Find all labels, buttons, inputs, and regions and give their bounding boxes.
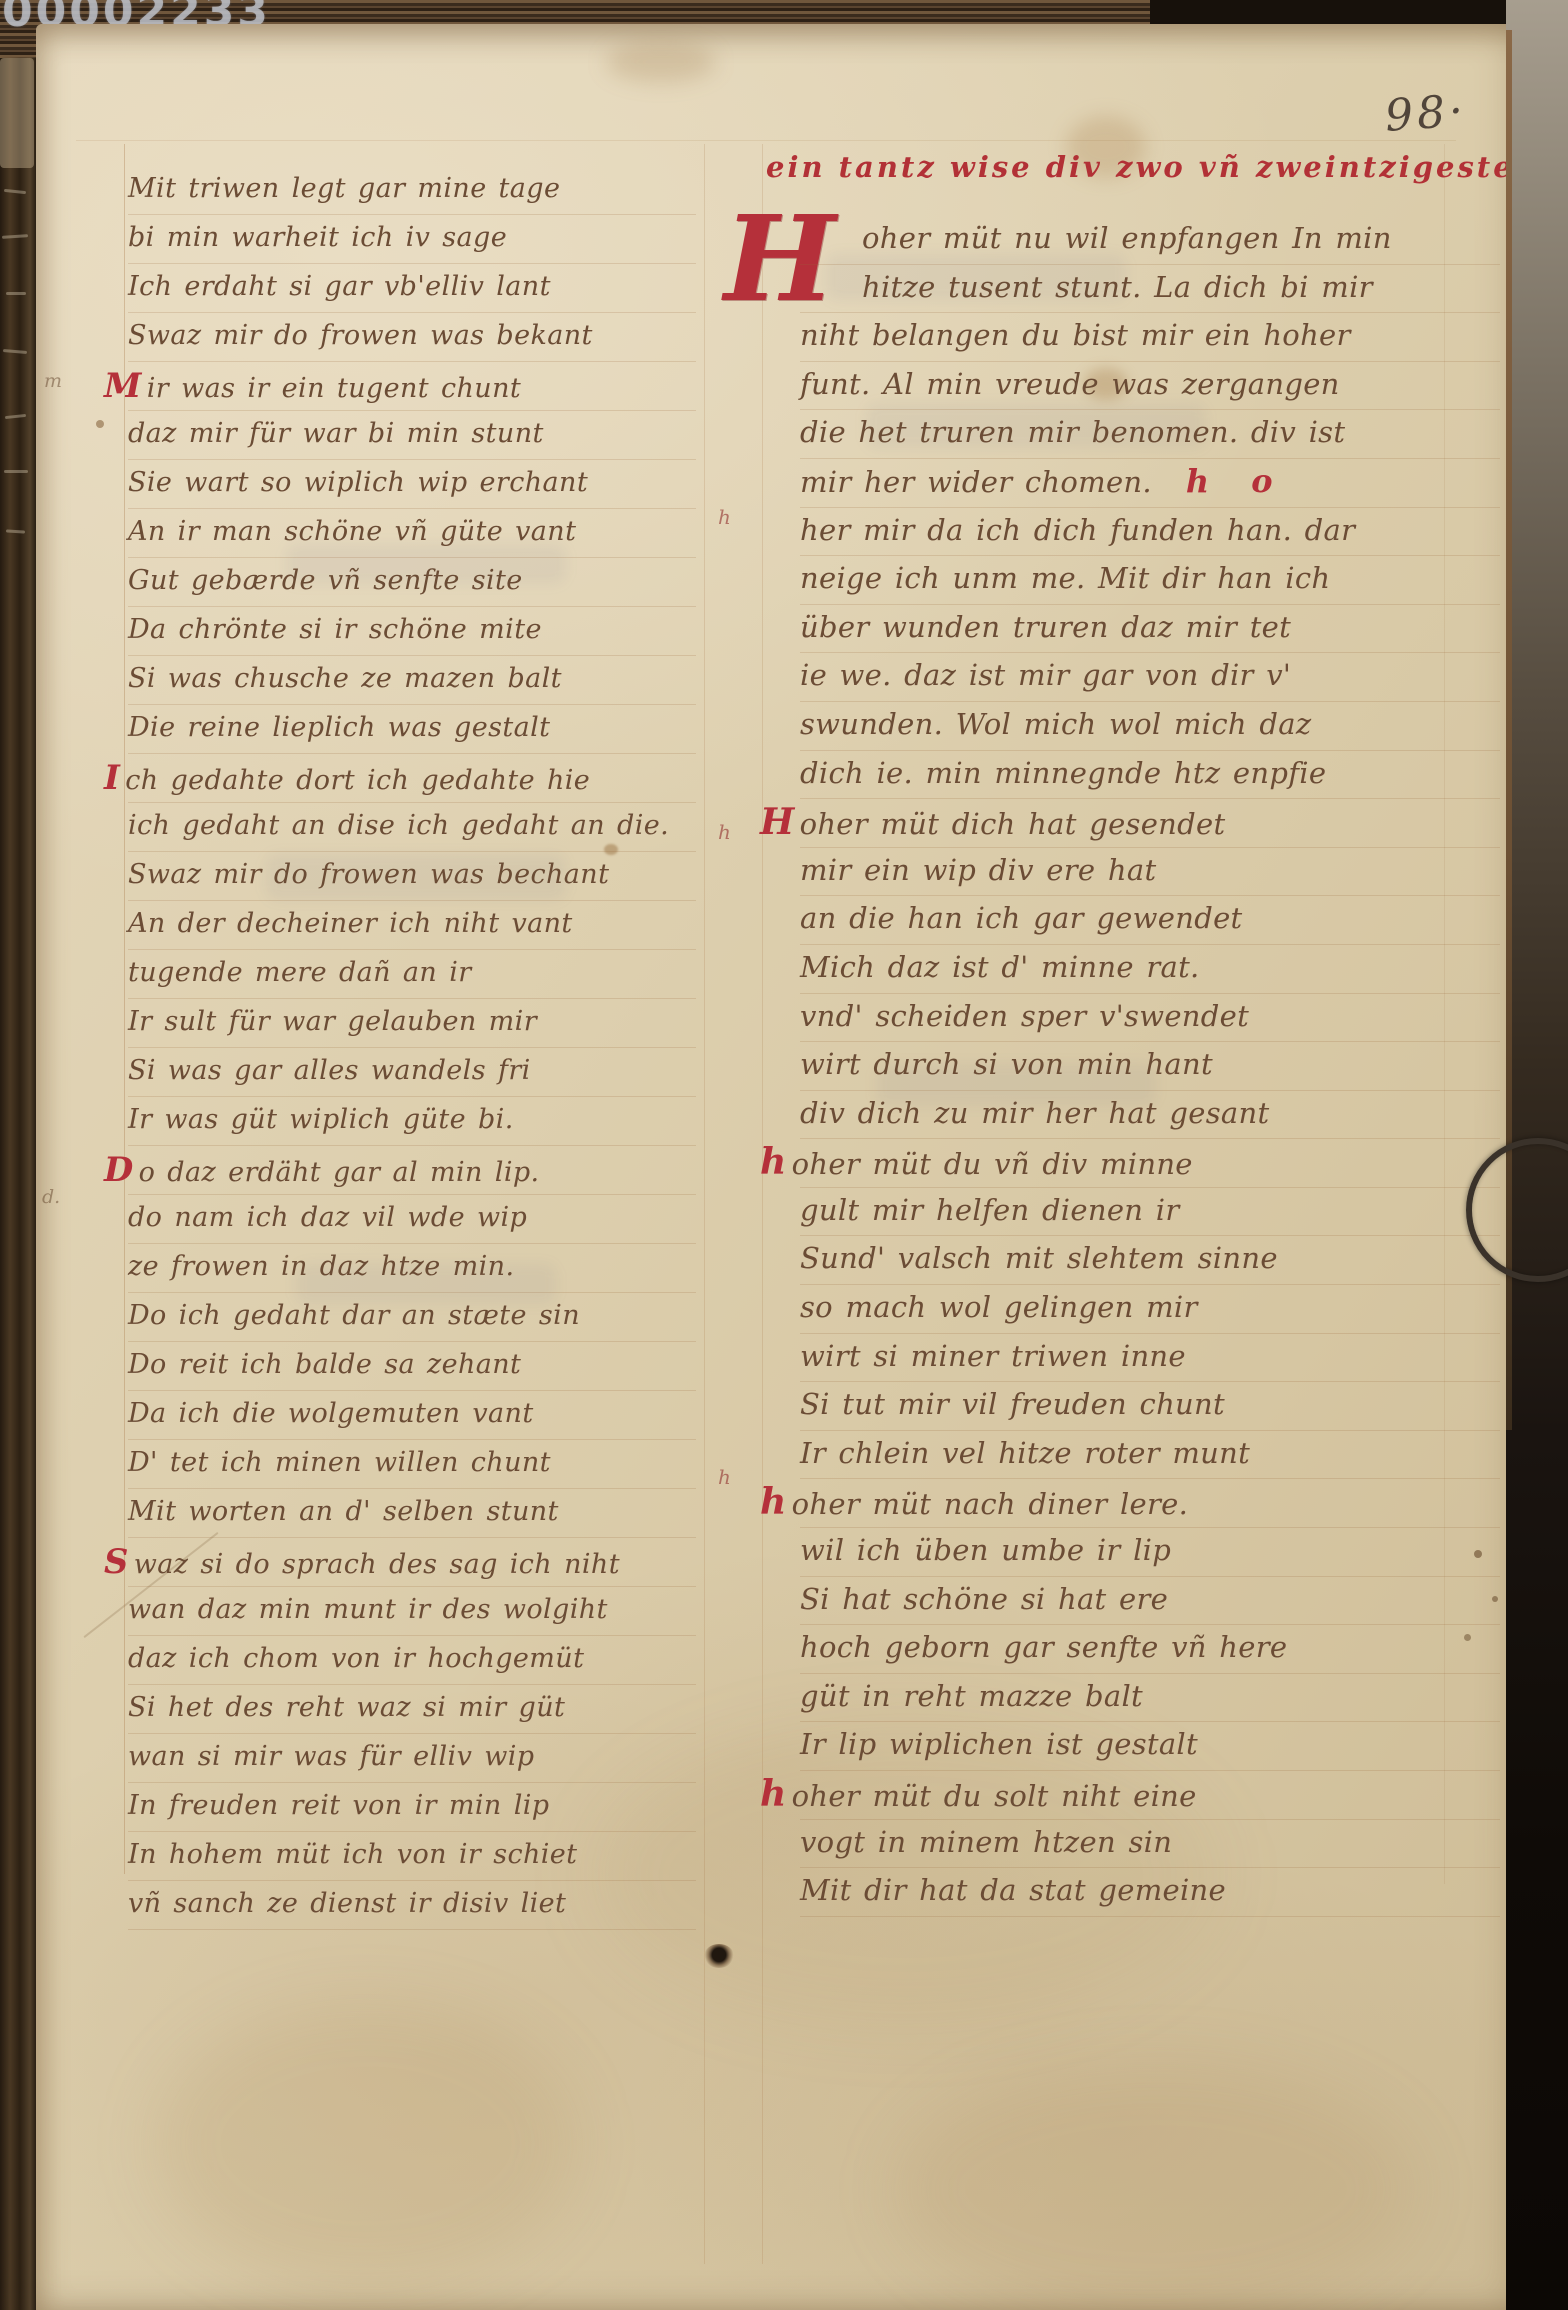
- manuscript-line: Ir lip wiplichen ist gestalt: [800, 1722, 1500, 1771]
- line-text: die het truren mir benomen. div ist: [800, 415, 1345, 449]
- line-text: do nam ich daz vil wde wip: [128, 1202, 527, 1233]
- manuscript-line: Si hat schöne si hat ere: [800, 1577, 1500, 1626]
- line-text: oher müt du solt niht eine: [792, 1779, 1197, 1813]
- manuscript-line: über wunden truren daz mir tet: [800, 605, 1500, 654]
- underpage-edge: [0, 58, 34, 168]
- rubric-initial: I: [104, 757, 120, 797]
- line-text: wan si mir was für elliv wip: [128, 1741, 534, 1772]
- manuscript-line: dich ie. min minnegnde htz enpfie: [800, 751, 1500, 800]
- line-text: vogt in minem htzen sin: [800, 1825, 1172, 1859]
- rubric-initial: H: [760, 800, 795, 843]
- manuscript-line: an die han ich gar gewendet: [800, 896, 1500, 945]
- line-text: Do reit ich balde sa zehant: [128, 1349, 521, 1380]
- line-text: ir was ir ein tugent chunt: [147, 373, 521, 404]
- manuscript-line: wirt durch si von min hant: [800, 1042, 1500, 1091]
- line-text: Ich erdaht si gar vb'elliv lant: [128, 271, 551, 302]
- manuscript-line: tugende mere dañ an ir: [128, 950, 696, 999]
- manuscript-line: Mir was ir ein tugent chunt: [128, 362, 696, 411]
- manuscript-line: swunden. Wol mich wol mich daz: [800, 702, 1500, 751]
- line-text: Si tut mir vil freuden chunt: [800, 1387, 1225, 1421]
- line-text: Mit triwen legt gar mine tage: [128, 173, 560, 204]
- manuscript-line: oher müt nu wil enpfangen In min: [800, 216, 1500, 265]
- line-text: her mir da ich dich funden han. dar: [800, 513, 1355, 547]
- line-text: Sund' valsch mit slehtem sinne: [800, 1241, 1278, 1275]
- manuscript-line: Ir chlein vel hitze roter munt: [800, 1431, 1500, 1480]
- line-text: oher müt nu wil enpfangen In min: [862, 221, 1392, 255]
- manuscript-line: wil ich üben umbe ir lip: [800, 1528, 1500, 1577]
- line-text: daz ich chom von ir hochgemüt: [128, 1643, 584, 1674]
- manuscript-line: Do ich gedaht dar an stæte sin: [128, 1293, 696, 1342]
- manuscript-line: wan daz min munt ir des wolgiht: [128, 1587, 696, 1636]
- line-text: vnd' scheiden sper v'swendet: [800, 999, 1249, 1033]
- line-text: waz si do sprach des sag ich niht: [134, 1549, 620, 1580]
- rubric-initial: D: [104, 1149, 134, 1189]
- manuscript-line: Ir sult für war gelauben mir: [128, 999, 696, 1048]
- manuscript-line: Swaz mir do frowen was bechant: [128, 852, 696, 901]
- manuscript-line: bi min warheit ich iv sage: [128, 215, 696, 264]
- line-text: wirt si miner triwen inne: [800, 1339, 1186, 1373]
- manuscript-line: güt in reht mazze balt: [800, 1674, 1500, 1723]
- line-text: hoch geborn gar senfte vñ here: [800, 1630, 1287, 1664]
- line-text: o daz erdäht gar al min lip.: [139, 1157, 540, 1188]
- manuscript-photo: 00002233: [0, 0, 1568, 2310]
- manuscript-line: Die reine lieplich was gestalt: [128, 705, 696, 754]
- manuscript-line: Sund' valsch mit slehtem sinne: [800, 1236, 1500, 1285]
- line-text: Mit worten an d' selben stunt: [128, 1496, 559, 1527]
- manuscript-line: ie we. daz ist mir gar von dir v': [800, 653, 1500, 702]
- manuscript-line: An der decheiner ich niht vant: [128, 901, 696, 950]
- line-text: Si was chusche ze mazen balt: [128, 663, 562, 694]
- line-text: an die han ich gar gewendet: [800, 901, 1242, 935]
- line-text: Ir sult für war gelauben mir: [128, 1006, 537, 1037]
- rubric-initial: h: [760, 1140, 787, 1183]
- manuscript-line: Mit worten an d' selben stunt: [128, 1489, 696, 1538]
- manuscript-line: Ich erdaht si gar vb'elliv lant: [128, 264, 696, 313]
- manuscript-line: gult mir helfen dienen ir: [800, 1188, 1500, 1237]
- manuscript-line: niht belangen du bist mir ein hoher: [800, 313, 1500, 362]
- manuscript-line: hoher müt nach diner lere.: [800, 1479, 1500, 1528]
- line-text: div dich zu mir her hat gesant: [800, 1096, 1269, 1130]
- manuscript-line: Do reit ich balde sa zehant: [128, 1342, 696, 1391]
- line-text: wil ich üben umbe ir lip: [800, 1533, 1171, 1567]
- manuscript-line: Gut gebærde vñ senfte site: [128, 558, 696, 607]
- line-text: daz mir für war bi min stunt: [128, 418, 544, 449]
- line-text: so mach wol gelingen mir: [800, 1290, 1198, 1324]
- parchment-hole: [704, 1944, 734, 1968]
- line-text: Ir lip wiplichen ist gestalt: [800, 1727, 1198, 1761]
- line-text: niht belangen du bist mir ein hoher: [800, 318, 1351, 352]
- manuscript-line: In freuden reit von ir min lip: [128, 1783, 696, 1832]
- rubric-initial: M: [104, 365, 142, 405]
- manuscript-line: Mit dir hat da stat gemeine: [800, 1868, 1500, 1917]
- line-text: güt in reht mazze balt: [800, 1679, 1143, 1713]
- manuscript-line: daz ich chom von ir hochgemüt: [128, 1636, 696, 1685]
- line-text: oher müt dich hat gesendet: [800, 807, 1226, 841]
- line-text: mir ein wip div ere hat: [800, 853, 1156, 887]
- line-text: Swaz mir do frowen was bechant: [128, 859, 609, 890]
- manuscript-line: hitze tusent stunt. La dich bi mir: [800, 265, 1500, 314]
- rubric-guide-letters: h o: [1186, 462, 1287, 500]
- manuscript-line: Da chrönte si ir schöne mite: [128, 607, 696, 656]
- line-text: In freuden reit von ir min lip: [128, 1790, 549, 1821]
- manuscript-line: hoher müt du solt niht eine: [800, 1771, 1500, 1820]
- manuscript-line: vnd' scheiden sper v'swendet: [800, 994, 1500, 1043]
- line-text: tugende mere dañ an ir: [128, 957, 472, 988]
- line-text: In hohem müt ich von ir schiet: [128, 1839, 577, 1870]
- manuscript-line: An ir man schöne vñ güte vant: [128, 509, 696, 558]
- line-text: Si het des reht waz si mir güt: [128, 1692, 565, 1723]
- manuscript-line: D' tet ich minen willen chunt: [128, 1440, 696, 1489]
- line-text: Ir was güt wiplich güte bi.: [128, 1104, 514, 1135]
- text-column-right: oher müt nu wil enpfangen In minhitze tu…: [800, 216, 1500, 1917]
- manuscript-line: Ich gedahte dort ich gedahte hie: [128, 754, 696, 803]
- line-text: ie we. daz ist mir gar von dir v': [800, 658, 1291, 692]
- line-text: Si hat schöne si hat ere: [800, 1582, 1168, 1616]
- manuscript-line: In hohem müt ich von ir schiet: [128, 1832, 696, 1881]
- folio-number: 98·: [1383, 85, 1468, 142]
- manuscript-line: Mit triwen legt gar mine tage: [128, 166, 696, 215]
- manuscript-line: Ir was güt wiplich güte bi.: [128, 1097, 696, 1146]
- line-text: Mich daz ist d' minne rat.: [800, 950, 1200, 984]
- manuscript-line: vogt in minem htzen sin: [800, 1820, 1500, 1869]
- line-text: über wunden truren daz mir tet: [800, 610, 1291, 644]
- line-text: dich ie. min minnegnde htz enpfie: [800, 756, 1326, 790]
- book-spine-edge: [0, 0, 38, 2310]
- manuscript-line: hoch geborn gar senfte vñ here: [800, 1625, 1500, 1674]
- manuscript-line: Mich daz ist d' minne rat.: [800, 945, 1500, 994]
- manuscript-line: mir her wider chomen.h o: [800, 459, 1500, 508]
- manuscript-line: her mir da ich dich funden han. dar: [800, 508, 1500, 557]
- line-text: ze frowen in daz htze min.: [128, 1251, 514, 1282]
- line-text: gult mir helfen dienen ir: [800, 1193, 1180, 1227]
- line-text: Si was gar alles wandels fri: [128, 1055, 531, 1086]
- manuscript-line: vñ sanch ze dienst ir disiv liet: [128, 1881, 696, 1930]
- rubric-initial: S: [104, 1541, 129, 1581]
- line-text: Do ich gedaht dar an stæte sin: [128, 1300, 580, 1331]
- manuscript-line: div dich zu mir her hat gesant: [800, 1091, 1500, 1140]
- line-text: bi min warheit ich iv sage: [128, 222, 507, 253]
- line-text: Mit dir hat da stat gemeine: [800, 1873, 1226, 1907]
- gutter-guide-letter: h: [718, 820, 731, 844]
- gutter-guide-letter: h: [718, 505, 731, 529]
- line-text: Swaz mir do frowen was bekant: [128, 320, 593, 351]
- line-text: mir her wider chomen.: [800, 465, 1152, 499]
- manuscript-line: Da ich die wolgemuten vant: [128, 1391, 696, 1440]
- line-text: Da chrönte si ir schöne mite: [128, 614, 542, 645]
- manuscript-line: Si was chusche ze mazen balt: [128, 656, 696, 705]
- manuscript-line: Si tut mir vil freuden chunt: [800, 1382, 1500, 1431]
- line-text: Da ich die wolgemuten vant: [128, 1398, 534, 1429]
- manuscript-line: mir ein wip div ere hat: [800, 848, 1500, 897]
- line-text: oher müt du vñ div minne: [792, 1147, 1193, 1181]
- manuscript-line: hoher müt du vñ div minne: [800, 1139, 1500, 1188]
- rubric-initial: h: [760, 1772, 787, 1815]
- line-text: wirt durch si von min hant: [800, 1047, 1213, 1081]
- manuscript-line: wirt si miner triwen inne: [800, 1334, 1500, 1383]
- manuscript-line: Si het des reht waz si mir güt: [128, 1685, 696, 1734]
- line-text: hitze tusent stunt. La dich bi mir: [862, 270, 1373, 304]
- manuscript-line: ze frowen in daz htze min.: [128, 1244, 696, 1293]
- line-text: neige ich unm me. Mit dir han ich: [800, 561, 1330, 595]
- manuscript-line: funt. Al min vreude was zergangen: [800, 362, 1500, 411]
- line-text: An ir man schöne vñ güte vant: [128, 516, 576, 547]
- manuscript-line: daz mir für war bi min stunt: [128, 411, 696, 460]
- manuscript-line: Swaz si do sprach des sag ich niht: [128, 1538, 696, 1587]
- line-text: An der decheiner ich niht vant: [128, 908, 573, 939]
- manuscript-line: neige ich unm me. Mit dir han ich: [800, 556, 1500, 605]
- line-text: oher müt nach diner lere.: [792, 1487, 1188, 1521]
- parchment-page: 98· ein tantz wise div zwo vñ zweintzige…: [36, 24, 1534, 2310]
- rubric-initial: h: [760, 1480, 787, 1523]
- line-text: funt. Al min vreude was zergangen: [800, 367, 1340, 401]
- line-text: Die reine lieplich was gestalt: [128, 712, 550, 743]
- manuscript-line: Si was gar alles wandels fri: [128, 1048, 696, 1097]
- manuscript-line: so mach wol gelingen mir: [800, 1285, 1500, 1334]
- line-text: ch gedahte dort ich gedahte hie: [125, 765, 590, 796]
- chapter-heading: ein tantz wise div zwo vñ zweintzigeste: [766, 150, 1466, 184]
- line-text: vñ sanch ze dienst ir disiv liet: [128, 1888, 566, 1919]
- manuscript-line: Hoher müt dich hat gesendet: [800, 799, 1500, 848]
- line-text: swunden. Wol mich wol mich daz: [800, 707, 1311, 741]
- line-text: Sie wart so wiplich wip erchant: [128, 467, 588, 498]
- margin-guide-letter: d.: [42, 1186, 60, 1208]
- manuscript-line: Swaz mir do frowen was bekant: [128, 313, 696, 362]
- line-text: Gut gebærde vñ senfte site: [128, 565, 523, 596]
- text-column-left: Mit triwen legt gar mine tagebi min warh…: [128, 166, 696, 1930]
- manuscript-line: die het truren mir benomen. div ist: [800, 410, 1500, 459]
- manuscript-line: ich gedaht an dise ich gedaht an die.: [128, 803, 696, 852]
- manuscript-line: wan si mir was für elliv wip: [128, 1734, 696, 1783]
- manuscript-line: do nam ich daz vil wde wip: [128, 1195, 696, 1244]
- manuscript-line: Do daz erdäht gar al min lip.: [128, 1146, 696, 1195]
- margin-guide-letter: m: [44, 370, 62, 392]
- line-text: Ir chlein vel hitze roter munt: [800, 1436, 1250, 1470]
- line-text: ich gedaht an dise ich gedaht an die.: [128, 810, 669, 841]
- line-text: wan daz min munt ir des wolgiht: [128, 1594, 608, 1625]
- line-text: D' tet ich minen willen chunt: [128, 1447, 551, 1478]
- gutter-guide-letter: h: [718, 1465, 731, 1489]
- manuscript-line: Sie wart so wiplich wip erchant: [128, 460, 696, 509]
